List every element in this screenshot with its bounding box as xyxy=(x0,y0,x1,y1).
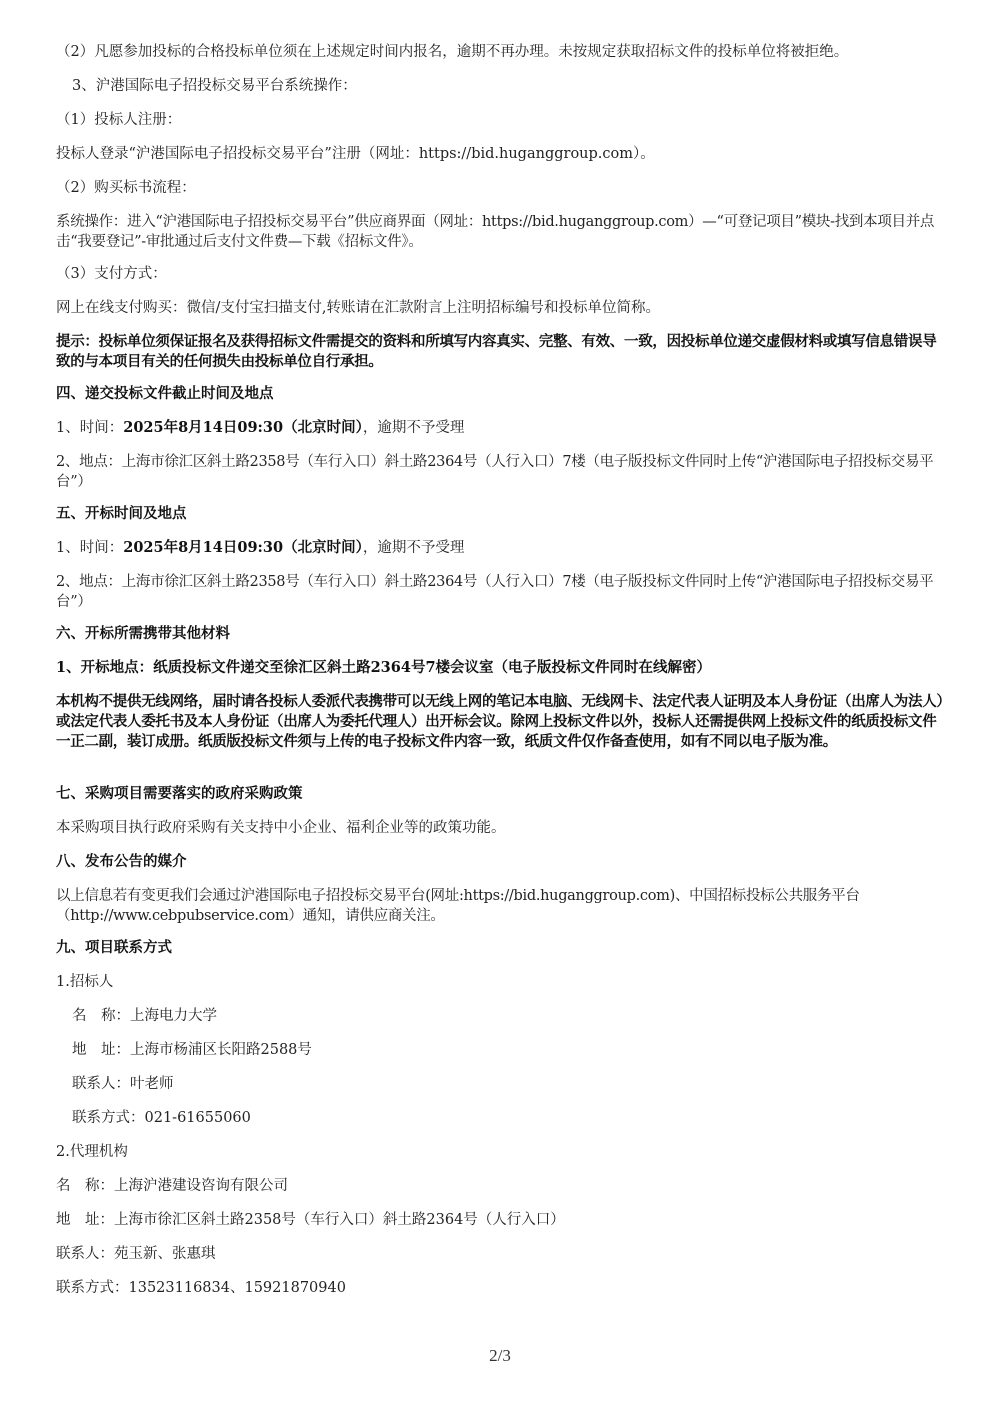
agency-address: 地 址：上海市徐汇区斜土路2358号（车行入口）斜土路2364号（人行入口） xyxy=(56,1210,946,1230)
agency-name: 名 称：上海沪港建设咨询有限公司 xyxy=(56,1176,946,1196)
submission-time-label: 1、时间： xyxy=(56,420,123,436)
tenderer-address: 地 址：上海市杨浦区长阳路2588号 xyxy=(56,1040,962,1060)
purchase-process-text: 系统操作：进入“沪港国际电子招投标交易平台”供应商界面（网址：https://b… xyxy=(56,212,946,252)
tenderer-name: 名 称：上海电力大学 xyxy=(56,1006,962,1026)
bidder-register-text: 投标人登录“沪港国际电子招投标交易平台”注册（网址：https://bid.hu… xyxy=(56,144,946,164)
submission-location: 2、地点：上海市徐汇区斜土路2358号（车行入口）斜土路2364号（人行入口）7… xyxy=(56,452,946,492)
payment-method-heading: （3）支付方式： xyxy=(56,264,946,284)
opening-time-label: 1、时间： xyxy=(56,540,123,556)
agency-phone: 联系方式：13523116834、15921870940 xyxy=(56,1278,946,1298)
section5-heading: 五、开标时间及地点 xyxy=(56,504,946,524)
registration-requirement: （2）凡愿参加投标的合格投标单位须在上述规定时间内报名，逾期不再办理。未按规定获… xyxy=(56,42,946,62)
tenderer-heading: 1.招标人 xyxy=(56,972,946,992)
materials-paragraph: 本机构不提供无线网络，届时请各投标人委派代表携带可以无线上网的笔记本电脑、无线网… xyxy=(56,692,946,752)
tenderer-phone: 联系方式：021-61655060 xyxy=(56,1108,962,1128)
section8-heading: 八、发布公告的媒介 xyxy=(56,852,946,872)
agency-contact: 联系人：苑玉新、张惠琪 xyxy=(56,1244,946,1264)
section9-heading: 九、项目联系方式 xyxy=(56,938,946,958)
section6-heading: 六、开标所需携带其他材料 xyxy=(56,624,946,644)
agency-heading: 2.代理机构 xyxy=(56,1142,946,1162)
purchase-process-heading: （2）购买标书流程： xyxy=(56,178,946,198)
page-number: 2/3 xyxy=(0,1346,1000,1366)
submission-time-suffix: ，逾期不予受理 xyxy=(363,420,465,436)
opening-venue: 1、开标地点：纸质投标文件递交至徐汇区斜土路2364号7楼会议室（电子版投标文件… xyxy=(56,658,946,678)
bidder-register-heading: （1）投标人注册： xyxy=(56,110,946,130)
tenderer-contact: 联系人：叶老师 xyxy=(56,1074,962,1094)
opening-time-suffix: ，逾期不予受理 xyxy=(363,540,465,556)
submission-time: 1、时间：2025年8月14日09:30（北京时间），逾期不予受理 xyxy=(56,418,946,438)
opening-time-value: 2025年8月14日09:30（北京时间） xyxy=(123,539,363,556)
media-text: 以上信息若有变更我们会通过沪港国际电子招投标交易平台(网址:https://bi… xyxy=(56,886,946,926)
payment-method-text: 网上在线支付购买：微信/支付宝扫描支付,转账请在汇款附言上注明招标编号和投标单位… xyxy=(56,298,946,318)
opening-location: 2、地点：上海市徐汇区斜土路2358号（车行入口）斜土路2364号（人行入口）7… xyxy=(56,572,946,612)
section4-heading: 四、递交投标文件截止时间及地点 xyxy=(56,384,946,404)
notice-text: 提示：投标单位须保证报名及获得招标文件需提交的资料和所填写内容真实、完整、有效、… xyxy=(56,332,946,372)
opening-time: 1、时间：2025年8月14日09:30（北京时间），逾期不予受理 xyxy=(56,538,946,558)
submission-time-value: 2025年8月14日09:30（北京时间） xyxy=(123,419,363,436)
platform-operation-heading: 3、沪港国际电子招投标交易平台系统操作： xyxy=(56,76,962,96)
policy-text: 本采购项目执行政府采购有关支持中小企业、福利企业等的政策功能。 xyxy=(56,818,946,838)
section7-heading: 七、采购项目需要落实的政府采购政策 xyxy=(56,784,946,804)
